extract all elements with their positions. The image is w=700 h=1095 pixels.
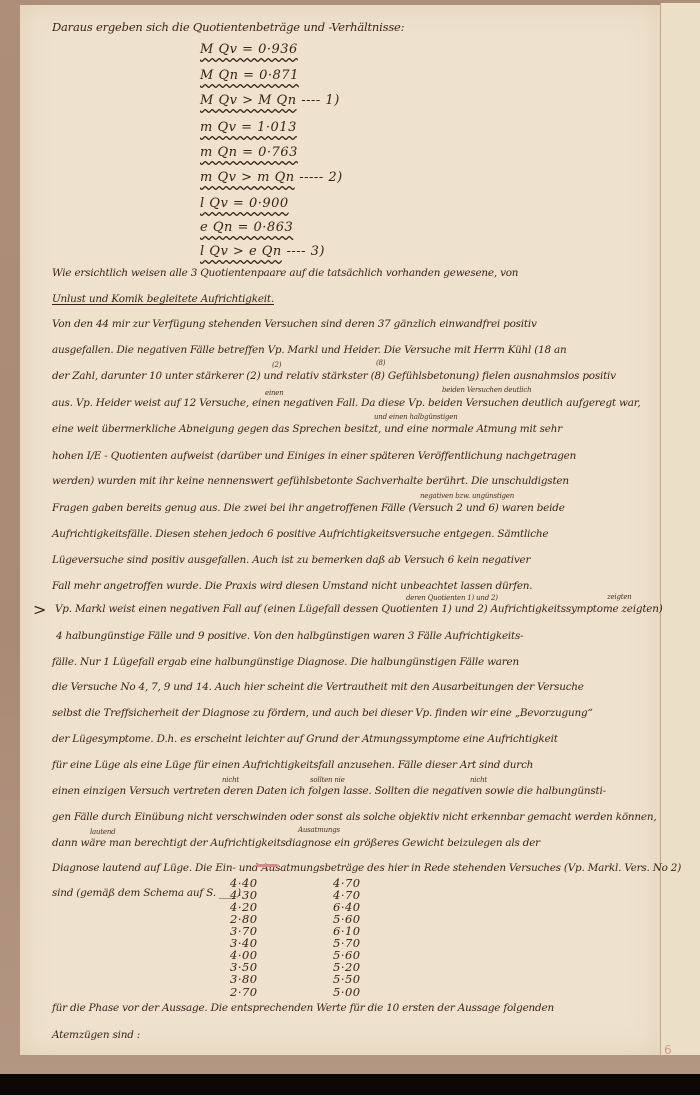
text-line: Diagnose lautend auf Lüge. Die Ein- und … <box>52 862 681 874</box>
text-line: ausgefallen. Die negativen Fälle betreff… <box>52 344 567 356</box>
text-line: Unlust und Komik begleitete Aufrichtigke… <box>52 293 274 305</box>
text-line: Lügeversuche sind positiv ausgefallen. A… <box>52 554 530 566</box>
interlinear-note: beiden Versuchen deutlich <box>442 386 531 394</box>
text-line: die Versuche No 4, 7, 9 und 14. Auch hie… <box>52 681 584 693</box>
equation: M Qv > M Qn ---- 1) <box>200 93 340 108</box>
text-line: werden) wurden mit ihr keine nennenswert… <box>52 475 569 487</box>
table-cell: 3·80 <box>230 972 258 986</box>
interlinear-note: Ausatmungs <box>298 826 340 834</box>
text-line: Aufrichtigkeitsfälle. Diesen stehen jedo… <box>52 528 548 540</box>
equation: l Qv = 0·900 <box>200 196 289 211</box>
text-line: Fall mehr angetroffen wurde. Die Praxis … <box>52 580 532 592</box>
next-page-edge <box>660 3 700 1055</box>
table-cell: 2·70 <box>230 985 258 999</box>
equation: l Qv > e Qn ---- 3) <box>200 244 325 259</box>
table-cell: 5·00 <box>333 985 361 999</box>
equation: m Qv > m Qn ----- 2) <box>200 170 343 185</box>
interlinear-note: zeigten <box>607 593 632 601</box>
text-line: Wie ersichtlich weisen alle 3 Quotienten… <box>52 267 518 279</box>
equation: M Qv = 0·936 <box>200 42 298 57</box>
equation: m Qv = 1·013 <box>200 120 297 135</box>
interlinear-note: nicht <box>470 776 487 784</box>
red-pencil-mark <box>256 864 278 867</box>
interlinear-note: sollten nie <box>310 776 345 784</box>
equation: e Qn = 0·863 <box>200 220 293 235</box>
interlinear-note: lautend <box>90 828 115 836</box>
text-line: einen einzigen Versuch vertreten deren D… <box>52 785 606 797</box>
text-line: der Lügesymptome. D.h. es erscheint leic… <box>52 733 558 745</box>
text-line: eine weit übermerkliche Abneigung gegen … <box>52 423 562 435</box>
text-line: Atemzügen sind : <box>52 1029 140 1041</box>
text-line: sind (gemäß dem Schema auf S. ___ ) <box>52 887 241 899</box>
table-cell: 5·50 <box>333 972 361 986</box>
interlinear-note: negativen bzw. ungünstigen <box>420 492 514 500</box>
scan-bottom-border <box>0 1074 700 1095</box>
text-line: aus. Vp. Heider weist auf 12 Versuche, e… <box>52 397 640 409</box>
interlinear-note: und einen halbgünstigen <box>374 413 458 421</box>
equation: M Qn = 0·871 <box>200 68 299 83</box>
interlinear-note: (2) <box>272 361 281 369</box>
interlinear-note: (8) <box>376 359 385 367</box>
text-line: selbst die Treffsicherheit der Diagnose … <box>52 707 593 719</box>
text-line: gen Fälle durch Einübung nicht verschwin… <box>52 811 656 823</box>
interlinear-note: einen <box>265 389 284 397</box>
interlinear-note: deren Quotienten 1) und 2) <box>406 594 498 602</box>
text-line: fälle. Nur 1 Lügefall ergab eine halbung… <box>52 656 519 668</box>
text-line: Fragen gaben bereits genug aus. Die zwei… <box>52 502 565 514</box>
page-number: 6 <box>664 1043 672 1057</box>
text-line: Von den 44 mir zur Verfügung stehenden V… <box>52 318 537 330</box>
equation: m Qn = 0·763 <box>200 145 298 160</box>
margin-arrow-mark: > <box>33 600 46 619</box>
text-line: der Zahl, darunter 10 unter stärkerer (2… <box>52 370 616 382</box>
text-line: 4 halbungünstige Fälle und 9 positive. V… <box>56 630 523 642</box>
text-line: hohen I/E - Quotienten aufweist (darüber… <box>52 450 576 462</box>
text-line: für eine Lüge als eine Lüge für einen Au… <box>52 759 533 771</box>
text-line: Vp. Markl weist einen negativen Fall auf… <box>55 603 663 615</box>
text-line: dann wäre man berechtigt der Aufrichtigk… <box>52 837 540 849</box>
text-line: für die Phase vor der Aussage. Die entsp… <box>52 1002 554 1014</box>
interlinear-note: nicht <box>222 776 239 784</box>
intro-line: Daraus ergeben sich die Quotientenbeträg… <box>52 20 404 34</box>
